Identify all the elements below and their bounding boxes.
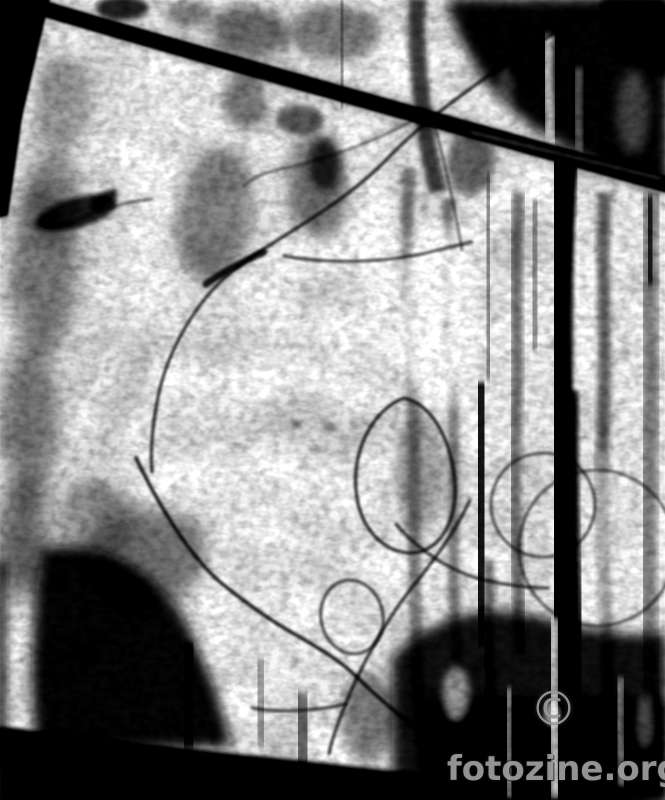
photo-canvas: © fotozine.org bbox=[0, 0, 665, 800]
abstract-photo bbox=[0, 0, 665, 800]
copyright-icon: © bbox=[530, 686, 577, 733]
film-grain bbox=[0, 0, 665, 800]
watermark-text: fotozine.org bbox=[447, 752, 665, 786]
